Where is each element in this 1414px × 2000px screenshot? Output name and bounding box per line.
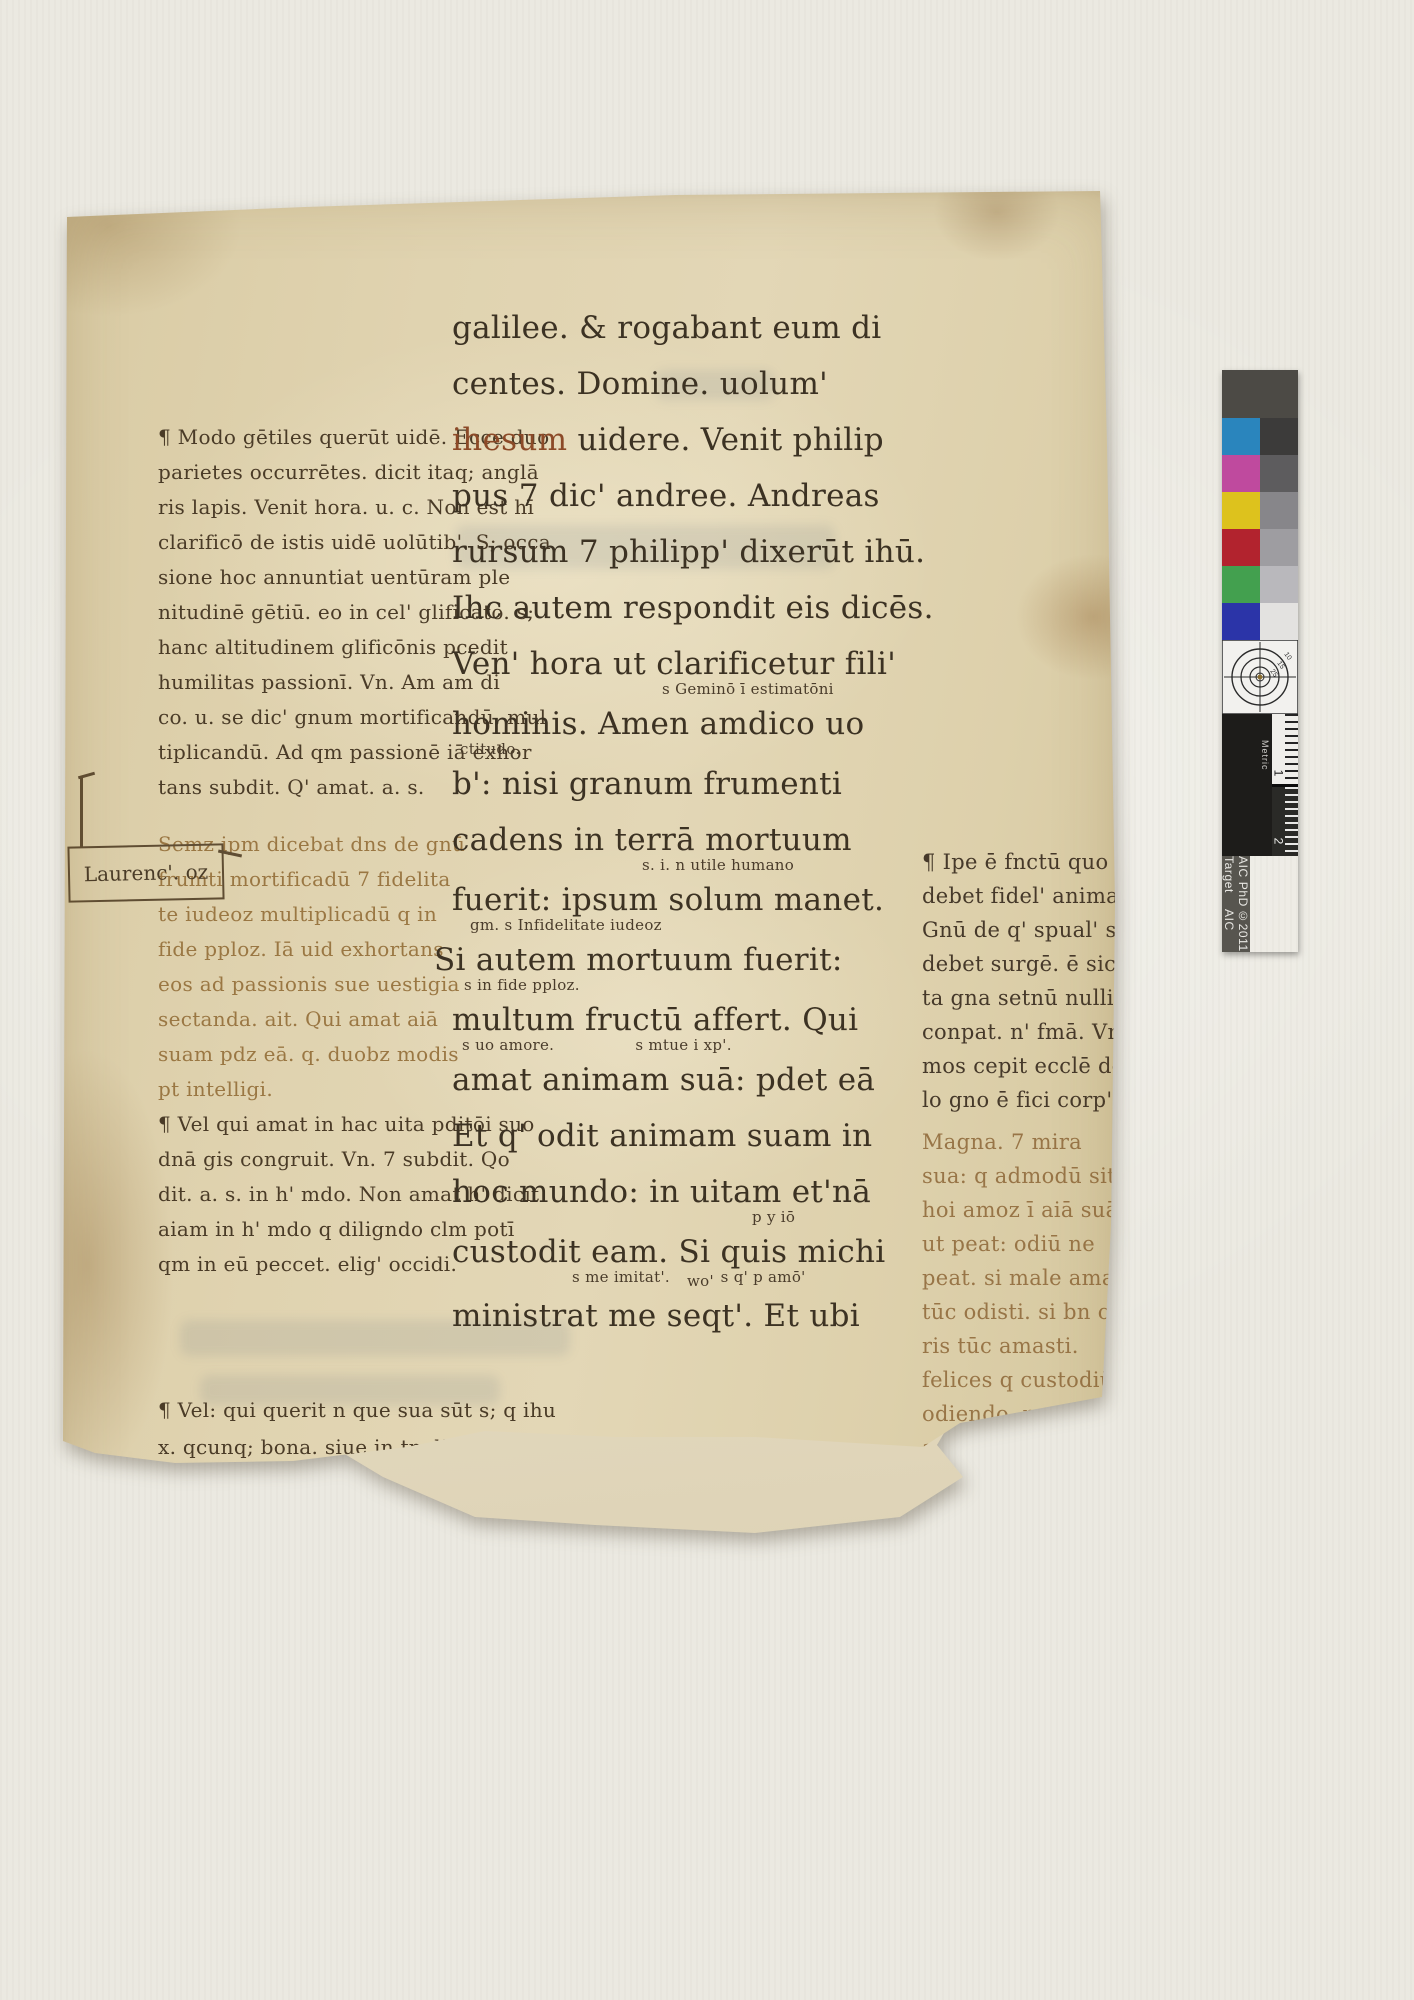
text-line: galilee. & rogabant eum di: [452, 300, 912, 356]
show-through-smudge: [655, 370, 775, 400]
text-line: Ihc autem respondit eis dicēs.: [452, 580, 912, 636]
text-line: Si autem mortuum fuerit:: [434, 932, 912, 988]
text-line: tiplicandū. Ad qm passionē iā exhor: [158, 735, 503, 770]
swatch-row: [1222, 529, 1298, 566]
color-swatch: [1260, 492, 1298, 529]
ruler-number-2: 2: [1272, 838, 1286, 845]
swatch-row: [1222, 418, 1298, 455]
color-swatch: [1222, 492, 1260, 529]
interlinear-gloss: s in fide pploz.: [464, 978, 912, 992]
text-line: rursum 7 philipp' dixerūt ihū.: [452, 524, 912, 580]
text-line: parietes occurrētes. dicit itaq; anglā: [158, 455, 503, 490]
ink-stroke: [234, 1488, 264, 1506]
text-line: cadens in terrā mortuum: [452, 812, 912, 868]
interlinear-gloss: s me imitat'. s q' p amō': [572, 1270, 912, 1284]
text-line: focant. pcipicio collidūt. 7 peūt. hoc x…: [222, 1589, 1132, 1626]
text-line: bit dnm dm tuū. Pet aū dixit. tu ees iun…: [222, 1663, 1132, 1700]
interlinear-gloss: s Geminō ī estimatōni: [662, 682, 912, 696]
interlinear-gloss: s. i. n utile humano: [642, 858, 912, 872]
text-line: ministrat me seqt'. Et ubi: [452, 1288, 912, 1344]
text-line: multum fructū affert. Qui: [452, 992, 912, 1048]
text-line: tūc odisti. si bn ode: [922, 1295, 1197, 1329]
text-line: b': nisi granum frumenti: [452, 756, 912, 812]
right-gloss-column: ¶ Ipe ē fnctū quo uiuēdebet fidel' anima…: [922, 845, 1197, 1499]
text-line: ne ē subrepat:: [922, 1465, 1197, 1499]
text-line: fide pploz. Iā uid exhortans: [158, 932, 503, 967]
text-line: pus 7 dic' andree. Andreas: [452, 468, 912, 524]
photo-backdrop: ¶ Modo gētiles querūt uidē. Ecce duopari…: [0, 0, 1414, 2000]
text-line: qm in eū peccet. elig' occidi.: [158, 1247, 503, 1282]
ruler-unit-label: Metric: [1260, 740, 1270, 771]
text-line: ris tūc amasti.: [922, 1329, 1197, 1363]
text-line: centes. Domine. uolum': [452, 356, 912, 412]
text-line: mos cepit ecclē de hi so: [922, 1049, 1197, 1083]
text-line: debet surgē. ē sicut mt: [922, 947, 1197, 981]
swatch-row: [1222, 492, 1298, 529]
text-line: felices q custodiūt: [922, 1363, 1197, 1397]
text-line: peat. si male amasti: [922, 1261, 1197, 1295]
show-through-smudge: [455, 525, 835, 569]
text-line: hominis. Amen amdico uo: [452, 696, 912, 752]
color-swatch: [1222, 418, 1260, 455]
margin-note-tail: [218, 850, 242, 858]
color-swatch: [1260, 529, 1298, 566]
text-line: ¶ Vel: qui querit n que sua sūt s; q ihu: [158, 1392, 518, 1429]
text-line: hanc altitudinem glificōnis pcedit: [158, 630, 503, 665]
text-line: lo gno ē fici corp' clm.: [922, 1083, 1197, 1117]
interlinear-gloss: ctitudo.: [460, 742, 912, 756]
text-line: clarificō de istis uidē uolūtib'. S; occ…: [158, 525, 503, 560]
text-line: semzipis crudeliores. i scelatores hoici…: [222, 1552, 1132, 1589]
bullseye-icon: 10 15 25: [1222, 640, 1298, 714]
color-swatch: [1260, 603, 1298, 640]
text-line: sione hoc annuntiat uentūram ple: [158, 560, 503, 595]
text-line: suam pdz eā. q. duobz modis: [158, 1037, 503, 1072]
text-line: Magna. 7 mira: [922, 1125, 1197, 1159]
color-swatch: [1222, 529, 1260, 566]
text-line: amat animam suā: pdet eā: [452, 1052, 912, 1108]
text-line: ta gna setnū nullise: [922, 981, 1197, 1015]
interlinear-gloss: gm. s Infidelitate iudeoz: [470, 918, 912, 932]
text-line: debet fidel' anima.: [922, 879, 1197, 913]
text-line: ut peat: odiū ne: [922, 1227, 1197, 1261]
rubricated-word: ihesum: [452, 422, 577, 458]
color-swatch: [1222, 455, 1260, 492]
text-line: sua: q admodū sit: [922, 1159, 1197, 1193]
text-line: ¶ Ipe ē fnctū quo uiuē: [922, 845, 1197, 879]
swatch-row: [1222, 455, 1298, 492]
text-line: ¶ Modo gētiles querūt uidē. Ecce duo: [158, 420, 503, 455]
left-commentary-column: ¶ Modo gētiles querūt uidē. Ecce duopari…: [158, 420, 503, 1282]
color-swatch: [1260, 455, 1298, 492]
interlinear-gloss: wo': [687, 1274, 912, 1288]
target-swatch-rows: [1222, 418, 1298, 640]
interlinear-gloss: p y iō: [752, 1210, 912, 1224]
margin-bracket-tick: [78, 772, 95, 780]
text-line: ¶ Vel qui amat in hac uita pditōi suo: [158, 1107, 503, 1142]
text-line: dit. a. s. in h' mdo. Non amat h' dicit: [158, 1177, 503, 1212]
margin-note-label: Laurenc'. oz: [84, 860, 209, 887]
text-line: eos ad passionis sue uestigia: [158, 967, 503, 1002]
text-line: pcipiciū suggenti: ait. redi retro latha…: [222, 1626, 1132, 1663]
text-line: humilitas passionī. Vn. Am am di: [158, 665, 503, 700]
text-line: aiam in h' mdo q diligndo clm potī: [158, 1212, 503, 1247]
text-line: Sigficat q mozte. clarificatur' eēt dm. …: [222, 1700, 1132, 1737]
text-line: ihesum uidere. Venit philip: [452, 412, 912, 468]
text-line: pt intelligi.: [158, 1072, 503, 1107]
swatch-row: [1222, 603, 1298, 640]
text-line: conpat. n' fmā. Vn: [922, 1015, 1197, 1049]
metric-ruler: Metric 1 2: [1222, 714, 1298, 856]
color-swatch: [1260, 566, 1298, 603]
margin-bracket: [80, 778, 83, 848]
show-through-smudge: [200, 1375, 500, 1405]
text-line: hoc mundo: in uitam et'nā: [452, 1164, 912, 1220]
text-segment: uidere. Venit philip: [577, 422, 883, 458]
text-line: Semz ipm dicebat dns de gnū: [158, 827, 503, 862]
text-line: custodit eam. Si quis michi: [452, 1224, 912, 1280]
text-line: sectanda. ait. Qui amat aiā: [158, 1002, 503, 1037]
text-line: ipo debē occidi: s3 ab alio. q uestigia …: [222, 1737, 1132, 1774]
main-text-column: galilee. & rogabant eum dicentes. Domine…: [452, 300, 912, 1344]
text-line: frumti mortificadū 7 fidelita: [158, 862, 503, 897]
text-line: fuerit: ipsum solum manet.: [452, 872, 912, 928]
target-caption-copyright: ©2011 AIC: [1222, 909, 1250, 952]
text-line: dnā gis congruit. Vn. 7 subdit. Qo: [158, 1142, 503, 1177]
text-line: hoi amoz ī aiā suā: [922, 1193, 1197, 1227]
target-caption: AIC PhD Target ©2011 AIC: [1222, 856, 1250, 952]
margin-note-box: Laurenc'. oz: [67, 843, 224, 902]
ruler-tick-strip-cm2: [1272, 787, 1298, 856]
target-caption-title: AIC PhD Target: [1222, 856, 1250, 909]
text-line: Gnū de q' spual' segel': [922, 913, 1197, 947]
text-line: nitudinē gētiū. eo in cel' glificato. s;: [158, 595, 503, 630]
color-calibration-target: 10 15 25 Metric 1 2 AIC PhD Target ©2011…: [1222, 370, 1298, 952]
text-line: Et q' odit animam suam in: [452, 1108, 912, 1164]
target-header: [1222, 370, 1298, 418]
interlinear-gloss: s uo amore. s mtue i xp'.: [462, 1038, 912, 1052]
show-through-smudge: [180, 1320, 570, 1356]
manuscript-page-wrap: ¶ Modo gētiles querūt uidē. Ecce duopari…: [55, 185, 1145, 1545]
color-swatch: [1260, 418, 1298, 455]
text-line: amādo. S3 uide: [922, 1431, 1197, 1465]
ruler-number-1: 1: [1272, 770, 1286, 777]
text-line: te iudeoz multiplicadū q in: [158, 897, 503, 932]
color-swatch: [1222, 603, 1260, 640]
color-swatch: [1222, 566, 1260, 603]
text-line: Ven' hora ut clarificetur fili': [452, 636, 912, 692]
swatch-row: [1222, 566, 1298, 603]
text-line: tans subdit. Q' amat. a. s.: [158, 770, 503, 805]
text-line: ris lapis. Venit hora. u. c. Non est hī: [158, 490, 503, 525]
parchment-page: ¶ Modo gētiles querūt uidē. Ecce duopari…: [55, 185, 1125, 1535]
text-line: co. u. se dic' gnum mortificandū. mul: [158, 700, 503, 735]
text-line: odiendo. ne pdāt: [922, 1397, 1197, 1431]
bullseye-target: 10 15 25: [1222, 640, 1298, 714]
